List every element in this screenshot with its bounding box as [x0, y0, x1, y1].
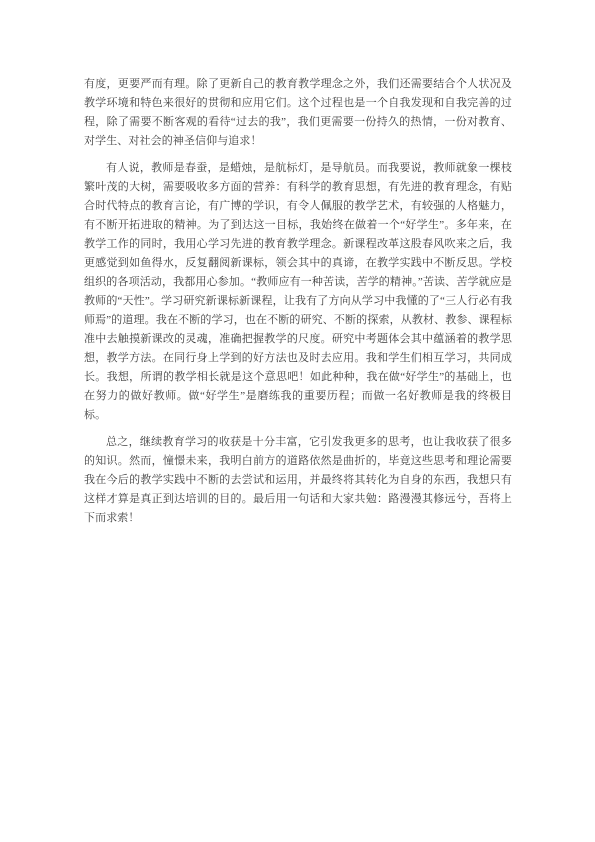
document-page: 有度，更要严而有理。除了更新自己的教育教学理念之外，我们还需要结合个人状况及教学… [0, 0, 595, 842]
paragraph-2: 有人说，教师是春蚕，是蜡烛，是航标灯，是导航员。而我要说，教师就象一棵枝繁叶茂的… [84, 159, 512, 425]
text-block: 有度，更要严而有理。除了更新自己的教育教学理念之外，我们还需要结合个人状况及教学… [84, 75, 512, 536]
paragraph-3: 总之，继续教育学习的收获是十分丰富，它引发我更多的思考，也让我收获了很多的知识。… [84, 433, 512, 528]
paragraph-1: 有度，更要严而有理。除了更新自己的教育教学理念之外，我们还需要结合个人状况及教学… [84, 75, 512, 151]
